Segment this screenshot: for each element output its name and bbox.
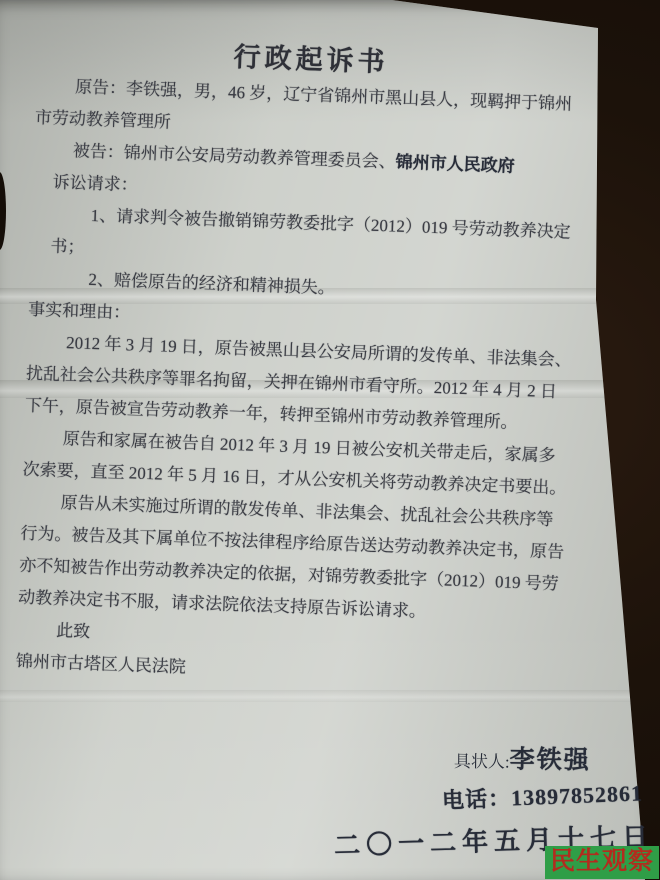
complaint-document: 行政起诉书 原告：李铁强，男，46 岁，辽宁省锦州市黑山县人，现羁押于锦州市劳动… (15, 30, 585, 697)
signatory-line: 具状人:李铁强 (454, 739, 656, 777)
defendant-printed-text: 被告：锦州市公安局劳动教养管理委员会、 (73, 141, 396, 171)
document-photo: 行政起诉书 原告：李铁强，男，46 岁，辽宁省锦州市黑山县人，现羁押于锦州市劳动… (0, 0, 660, 880)
signatory-name-handwritten: 李铁强 (510, 747, 591, 775)
signatory-label: 具状人: (454, 752, 510, 772)
fact-paragraph-1: 2012 年 3 月 19 日，原告被黑山县公安局所谓的发传单、非法集会、扰乱社… (24, 326, 575, 441)
watermark-badge: 民生观察 (545, 846, 659, 879)
defendant-handwritten-text: 锦州市人民政府 (395, 153, 515, 176)
signature-block: 具状人:李铁强 电话：13897852861 二〇一二年五月十七日 (320, 740, 656, 858)
fact-paragraph-3: 原告从未实施过所谓的散发传单、非法集会、扰乱社会公共秩序等行为。被告及其下属单位… (18, 486, 570, 633)
claims-section: 诉讼请求： 1、请求判令被告撤销锦劳教委批字（2012）019 号劳动教养决定书… (49, 167, 601, 314)
phone-line-handwritten: 电话：13897852861 (441, 776, 656, 815)
